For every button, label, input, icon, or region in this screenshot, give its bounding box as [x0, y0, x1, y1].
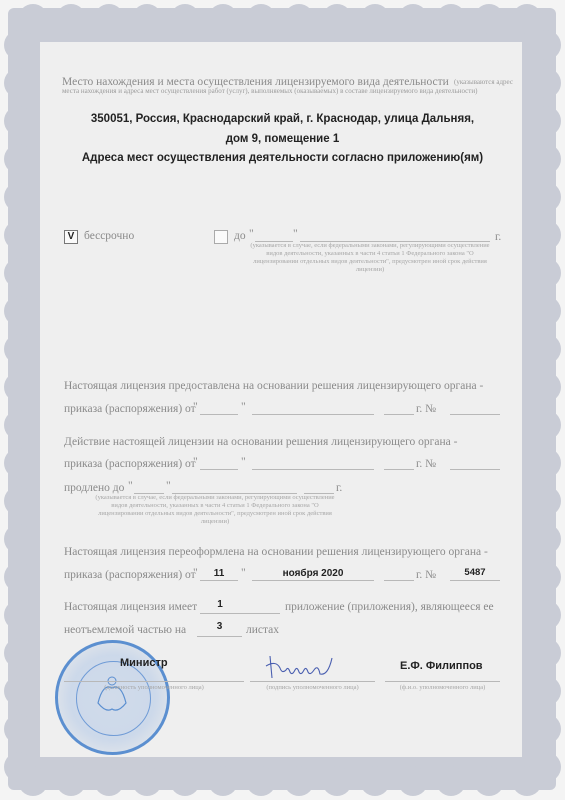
name-caption: (ф.и.о. уполномоченного лица)	[385, 684, 500, 692]
attachments-count-field[interactable]	[200, 613, 280, 614]
quote-open: "	[249, 228, 254, 240]
attachments-sheets-suffix: листах	[246, 624, 279, 636]
position-caption: (должность уполномоченного лица)	[64, 684, 244, 692]
attachments-middle: приложение (приложения), являющееся ее	[285, 601, 494, 613]
extended-number-field[interactable]	[450, 469, 500, 470]
attachments-count-value: 1	[200, 599, 240, 610]
address-line-3: Адреса мест осуществления деятельности с…	[0, 152, 565, 164]
extended-line-1: Действие настоящей лицензии на основании…	[64, 436, 457, 448]
extended-quote-close: "	[241, 456, 246, 468]
granted-line-1: Настоящая лицензия предоставлена на осно…	[64, 380, 483, 392]
position-field[interactable]	[64, 681, 244, 682]
location-heading-note: (указываются адрес места нахождения и ад…	[62, 78, 517, 96]
reissued-number-field[interactable]	[450, 580, 500, 581]
attachments-sheets-field[interactable]	[197, 636, 242, 637]
name-field[interactable]	[385, 681, 500, 682]
extended-quote-open: "	[193, 456, 198, 468]
extended-until-suffix: г.	[336, 482, 342, 494]
quote-close: "	[293, 228, 298, 240]
granted-day-field[interactable]	[200, 414, 238, 415]
granted-quote-close: "	[241, 401, 246, 413]
extended-until-label: продлено до	[64, 482, 124, 494]
signature-caption: (подпись уполномоченного лица)	[250, 684, 375, 692]
reissued-quote-open: "	[193, 567, 198, 579]
reissued-number-value: 5487	[450, 567, 500, 578]
granted-line-2: приказа (распоряжения) от	[64, 403, 196, 415]
until-checkbox[interactable]	[214, 230, 228, 244]
reissued-line-1: Настоящая лицензия переоформлена на осно…	[64, 546, 488, 558]
granted-quote-open: "	[193, 401, 198, 413]
attachments-line2-prefix: неотъемлемой частью на	[64, 624, 186, 636]
position-value: Министр	[120, 657, 168, 669]
until-label: до	[234, 230, 246, 242]
extended-until-quote-open: "	[128, 480, 133, 492]
term-note: (указывается в случае, если федеральными…	[250, 242, 490, 274]
extended-year-field[interactable]	[384, 469, 414, 470]
reissued-quote-close: "	[241, 567, 246, 579]
extended-note: (указывается в случае, если федеральными…	[95, 494, 335, 526]
reissued-day-value: 11	[200, 568, 238, 579]
unlimited-checkbox[interactable]: V	[64, 230, 78, 244]
attachments-prefix: Настоящая лицензия имеет	[64, 601, 197, 613]
unlimited-label: бессрочно	[84, 230, 134, 242]
granted-date-field[interactable]	[252, 414, 374, 415]
extended-date-field[interactable]	[252, 469, 374, 470]
reissued-date-value: ноября 2020	[252, 568, 374, 579]
address-line-1: 350051, Россия, Краснодарский край, г. К…	[0, 113, 565, 125]
reissued-number-label: г. №	[416, 569, 436, 581]
extended-number-label: г. №	[416, 458, 436, 470]
granted-number-label: г. №	[416, 403, 436, 415]
address-line-2: дом 9, помещение 1	[0, 133, 565, 145]
granted-year-field[interactable]	[384, 414, 414, 415]
reissued-line-2: приказа (распоряжения) от	[64, 569, 196, 581]
reissued-date-field[interactable]	[252, 580, 374, 581]
granted-number-field[interactable]	[450, 414, 500, 415]
extended-day-field[interactable]	[200, 469, 238, 470]
attachments-sheets-value: 3	[197, 621, 242, 632]
extended-until-quote-close: "	[166, 480, 171, 492]
signer-name: Е.Ф. Филиппов	[400, 660, 483, 672]
signature-icon	[262, 652, 342, 684]
until-year-suffix: г.	[495, 231, 501, 243]
extended-line-2: приказа (распоряжения) от	[64, 458, 196, 470]
signature-field[interactable]	[250, 681, 375, 682]
reissued-day-field[interactable]	[200, 580, 238, 581]
reissued-year-field[interactable]	[384, 580, 414, 581]
